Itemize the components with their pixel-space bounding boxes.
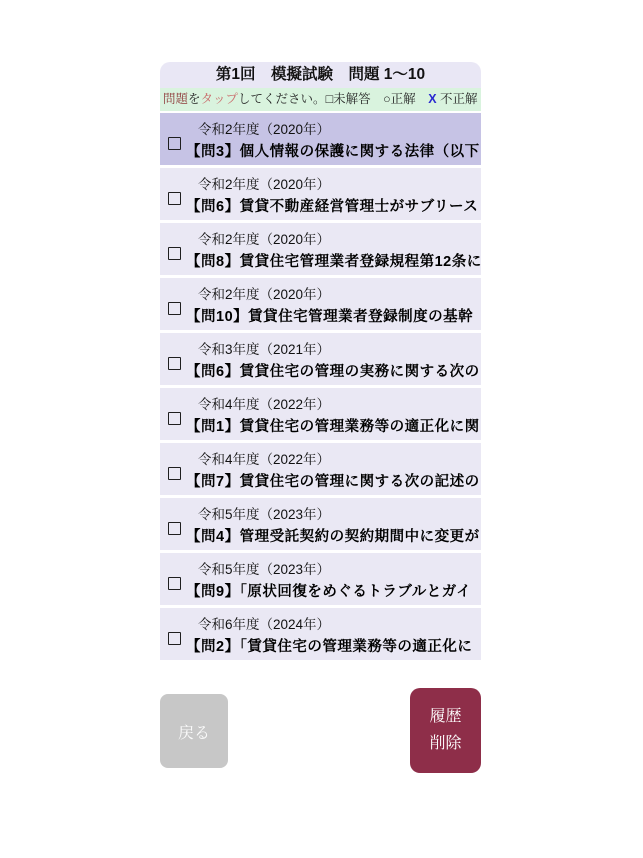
back-button[interactable]: 戻る xyxy=(160,694,228,768)
instruction-word-mondai: 問題 xyxy=(163,92,188,106)
unanswered-checkbox-icon xyxy=(168,412,181,425)
question-year: 令和4年度（2022年） xyxy=(186,393,481,413)
delete-history-label-line1: 履歴 xyxy=(410,704,481,730)
question-text: 令和5年度（2023年）【問4】管理受託契約の契約期間中に変更が xyxy=(186,503,481,546)
question-year: 令和6年度（2024年） xyxy=(186,613,481,633)
page-title: 第1回 模擬試験 問題 1～10 xyxy=(160,62,481,88)
legend-incorrect-mark: X xyxy=(416,92,437,106)
question-title: 【問6】賃貸住宅の管理の実務に関する次の xyxy=(186,360,481,381)
question-list-item[interactable]: 令和2年度（2020年）【問6】賃貸不動産経営管理士がサブリース xyxy=(160,168,481,220)
question-text: 令和2年度（2020年）【問6】賃貸不動産経営管理士がサブリース xyxy=(186,173,481,216)
question-year: 令和3年度（2021年） xyxy=(186,338,481,358)
delete-history-label-line2: 削除 xyxy=(410,731,481,757)
question-title: 【問9】「原状回復をめぐるトラブルとガイ xyxy=(186,580,481,601)
question-title: 【問1】賃貸住宅の管理業務等の適正化に関 xyxy=(186,415,481,436)
question-list-item[interactable]: 令和5年度（2023年）【問4】管理受託契約の契約期間中に変更が xyxy=(160,498,481,550)
question-list-item[interactable]: 令和2年度（2020年）【問8】賃貸住宅管理業者登録規程第12条に xyxy=(160,223,481,275)
question-list: 令和2年度（2020年）【問3】個人情報の保護に関する法律（以下令和2年度（20… xyxy=(160,113,481,660)
legend-unanswered: □未解答 xyxy=(326,92,371,106)
unanswered-checkbox-icon xyxy=(168,192,181,205)
instruction-word-please: してください。 xyxy=(238,92,326,106)
question-title: 【問3】個人情報の保護に関する法律（以下 xyxy=(186,140,481,161)
question-year: 令和2年度（2020年） xyxy=(186,283,481,303)
instruction-word-tap: タップ xyxy=(201,92,239,106)
question-title: 【問8】賃貸住宅管理業者登録規程第12条に xyxy=(186,250,481,271)
question-text: 令和6年度（2024年）【問2】「賃貸住宅の管理業務等の適正化に xyxy=(186,613,481,656)
question-year: 令和2年度（2020年） xyxy=(186,173,481,193)
question-text: 令和4年度（2022年）【問7】賃貸住宅の管理に関する次の記述の xyxy=(186,448,481,491)
unanswered-checkbox-icon xyxy=(168,467,181,480)
delete-history-button[interactable]: 履歴 削除 xyxy=(410,688,481,773)
question-list-item[interactable]: 令和2年度（2020年）【問10】賃貸住宅管理業者登録制度の基幹 xyxy=(160,278,481,330)
question-year: 令和4年度（2022年） xyxy=(186,448,481,468)
question-text: 令和2年度（2020年）【問10】賃貸住宅管理業者登録制度の基幹 xyxy=(186,283,481,326)
question-text: 令和4年度（2022年）【問1】賃貸住宅の管理業務等の適正化に関 xyxy=(186,393,481,436)
question-list-item[interactable]: 令和4年度（2022年）【問1】賃貸住宅の管理業務等の適正化に関 xyxy=(160,388,481,440)
legend-incorrect: 不正解 xyxy=(437,92,478,106)
question-text: 令和2年度（2020年）【問3】個人情報の保護に関する法律（以下 xyxy=(186,118,481,161)
instruction-word-wo: を xyxy=(188,92,201,106)
question-year: 令和5年度（2023年） xyxy=(186,558,481,578)
unanswered-checkbox-icon xyxy=(168,357,181,370)
unanswered-checkbox-icon xyxy=(168,632,181,645)
question-year: 令和2年度（2020年） xyxy=(186,118,481,138)
unanswered-checkbox-icon xyxy=(168,302,181,315)
question-text: 令和2年度（2020年）【問8】賃貸住宅管理業者登録規程第12条に xyxy=(186,228,481,271)
question-list-item[interactable]: 令和6年度（2024年）【問2】「賃貸住宅の管理業務等の適正化に xyxy=(160,608,481,660)
legend-correct: ○正解 xyxy=(371,92,416,106)
question-title: 【問6】賃貸不動産経営管理士がサブリース xyxy=(186,195,481,216)
unanswered-checkbox-icon xyxy=(168,522,181,535)
question-year: 令和5年度（2023年） xyxy=(186,503,481,523)
question-list-item[interactable]: 令和3年度（2021年）【問6】賃貸住宅の管理の実務に関する次の xyxy=(160,333,481,385)
question-year: 令和2年度（2020年） xyxy=(186,228,481,248)
question-title: 【問2】「賃貸住宅の管理業務等の適正化に xyxy=(186,635,481,656)
question-list-item[interactable]: 令和4年度（2022年）【問7】賃貸住宅の管理に関する次の記述の xyxy=(160,443,481,495)
question-title: 【問7】賃貸住宅の管理に関する次の記述の xyxy=(186,470,481,491)
question-title: 【問10】賃貸住宅管理業者登録制度の基幹 xyxy=(186,305,481,326)
question-list-item[interactable]: 令和2年度（2020年）【問3】個人情報の保護に関する法律（以下 xyxy=(160,113,481,165)
unanswered-checkbox-icon xyxy=(168,247,181,260)
question-text: 令和3年度（2021年）【問6】賃貸住宅の管理の実務に関する次の xyxy=(186,338,481,381)
instruction-bar: 問題をタップしてください。□未解答 ○正解 X 不正解 xyxy=(160,88,481,111)
exam-panel: 第1回 模擬試験 問題 1～10 問題をタップしてください。□未解答 ○正解 X… xyxy=(160,62,481,660)
unanswered-checkbox-icon xyxy=(168,577,181,590)
unanswered-checkbox-icon xyxy=(168,137,181,150)
question-list-item[interactable]: 令和5年度（2023年）【問9】「原状回復をめぐるトラブルとガイ xyxy=(160,553,481,605)
question-text: 令和5年度（2023年）【問9】「原状回復をめぐるトラブルとガイ xyxy=(186,558,481,601)
question-title: 【問4】管理受託契約の契約期間中に変更が xyxy=(186,525,481,546)
